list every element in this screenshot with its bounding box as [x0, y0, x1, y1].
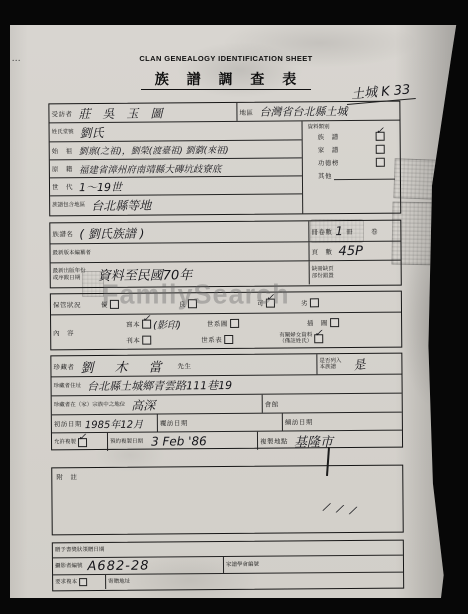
surname-value: 劉氏 [80, 123, 104, 140]
origin-value: 福建省漳州府南靖縣大磚坑歧寮底 [79, 161, 222, 176]
genealogy-title-value: ( 劉氏族譜 ) [79, 224, 144, 242]
field-hall: 會館 [262, 394, 402, 413]
notes-pen-marks: ⁄ ⁄ ⁄ [325, 501, 359, 518]
copy-request-label: 要求複本 [55, 579, 77, 585]
category-jiapu: 家 譜 [303, 143, 400, 157]
region-value: 台灣省台北縣土城 [259, 103, 347, 120]
material-category-column: 資料類別 族 譜 ✓ 家 譜 功德榜 其他 [302, 121, 401, 214]
society-label: 家譜學會編號 [226, 562, 259, 569]
first-visit-value: 1985年12月 [85, 416, 143, 431]
field-surname: 姓氏堂號 劉氏 [50, 121, 302, 141]
holder-address-value: 台北縣土城鄉青雲路111巷19 [87, 377, 232, 394]
illustrations-checkbox [330, 318, 339, 327]
editor-label: 最新版本編纂者 [53, 250, 92, 257]
pages-value: 45P [338, 243, 363, 258]
item-lineage-chart: 世系圖 [207, 318, 241, 327]
field-genealogy-title: 族譜名 ( 劉氏族譜 ) [50, 221, 308, 243]
excellent-checkbox [110, 299, 119, 308]
award-date-label: 贈予書獎狀領贈日期 [55, 547, 105, 554]
pubdate-label-line2: 或序跋日期 [53, 275, 86, 282]
field-send-address: 寄贈地址 [105, 573, 403, 589]
field-holder-address: 珍藏者住址 台北縣土城鄉青雲路111巷19 [52, 374, 402, 396]
holder-position-value: 高深 [131, 396, 155, 413]
gongdebang-label: 功德榜 [318, 158, 339, 167]
coverage-value: 台北縣等地 [91, 196, 151, 213]
manuscript-note: (影印) [153, 316, 181, 331]
holder-label: 珍藏者 [53, 362, 74, 371]
pubdate-label-line1: 最新出版年份 [53, 268, 86, 275]
corner-marks: … [12, 54, 22, 64]
lineage-chart-checkbox [230, 318, 239, 327]
item-women-data: 有關婦女資料 （僅註姓氏） ✓ [279, 332, 325, 345]
field-copy-request: 要求複本 [53, 575, 105, 589]
holder-position-label: 珍藏者在（家）宗族中之地位 [54, 402, 126, 409]
faint-stamp-icon [391, 202, 442, 266]
option-fair: 可 ✓ [257, 298, 277, 307]
copy-permit-checkbox: ✓ [78, 438, 87, 447]
page-code-handwritten: 土城 K 33 [345, 78, 416, 105]
pubdate-value: 資料至民國70年 [98, 264, 193, 284]
category-other: 其他 [303, 169, 400, 183]
faint-stamp-icon [393, 158, 440, 200]
section-admin-footer: 贈予書獎狀領贈日期 攝影者編號 A682-28 家譜學會編號 要求複本 寄贈地 [52, 540, 404, 592]
listed-value: 是 [352, 355, 366, 374]
field-holder-position: 珍藏者在（家）宗族中之地位 高深 [52, 395, 262, 415]
gongdebang-checkbox [376, 158, 385, 167]
field-revisit: 覆訪日期 [157, 414, 282, 432]
zupu-checkbox: ✓ [376, 132, 385, 141]
section-notes: 附 註 ⁄ ⁄ ⁄ [51, 465, 404, 536]
lineage-table-checkbox [224, 334, 233, 343]
survey-form: 受訪者 莊 吳 玉 圖 地區 台灣省台北縣土城 姓氏堂號 劉氏 [48, 24, 404, 600]
field-editor: 最新版本編纂者 [50, 242, 308, 262]
copy-request-checkbox [79, 578, 87, 586]
send-address-label: 寄贈地址 [108, 579, 130, 585]
hall-label: 會館 [265, 399, 279, 408]
section-condition-content: 保管狀況 優 良 可 ✓ 劣 [50, 291, 402, 351]
blank-line [334, 171, 395, 179]
field-photographer-number: 攝影者編號 A682-28 [53, 557, 223, 574]
manuscript-checkbox: ✓ [142, 319, 151, 328]
women-data-checkbox: ✓ [314, 334, 323, 343]
field-region: 地區 台灣省台北縣土城 [236, 102, 399, 121]
field-next-visit: 續訪日期 [282, 413, 402, 431]
faint-stamp-icon [82, 271, 104, 297]
field-holder: 珍藏者 劉 木 當 先生 [51, 354, 316, 376]
photographer-label: 攝影者編號 [55, 563, 83, 570]
field-copy-permit: 允許複製 ✓ [52, 433, 107, 451]
copy-date-label: 預約複製日期 [110, 438, 143, 445]
option-good: 良 [179, 299, 199, 308]
jiapu-checkbox [376, 145, 385, 154]
printed-checkbox [142, 335, 151, 344]
origin-label: 原 籍 [52, 164, 73, 173]
missing-label-line2: 部份錯置 [312, 273, 334, 279]
photographer-value: A682-28 [87, 558, 149, 573]
option-poor: 劣 [301, 298, 321, 307]
field-missing-pages: 缺冊缺頁 部份錯置 [309, 261, 401, 285]
field-interviewee: 受訪者 莊 吳 玉 圖 [49, 103, 236, 122]
item-manuscript: 寫本 ✓ (影印) [126, 316, 181, 331]
jiapu-label: 家 譜 [318, 145, 339, 154]
field-society-number: 家譜學會編號 [223, 556, 403, 573]
missing-label-line1: 缺冊缺頁 [312, 266, 334, 272]
holder-suffix: 先生 [177, 361, 191, 370]
first-ancestor-label: 始 祖 [52, 146, 73, 155]
copy-date-value: 3 Feb '86 [151, 434, 207, 448]
section-holder-info: 珍藏者 劉 木 當 先生 是否列入 本族譜 是 珍藏者住址 [50, 353, 403, 451]
region-label: 地區 [239, 107, 253, 116]
field-coverage: 族譜包含地區 台北縣等地 [50, 193, 302, 214]
category-gongdebang: 功德榜 [303, 156, 400, 170]
generations-label: 世 代 [52, 182, 73, 191]
zupu-label: 族 譜 [318, 132, 339, 141]
interviewee-label: 受訪者 [51, 109, 72, 118]
surname-label: 姓氏堂號 [52, 129, 74, 135]
genealogy-title-label: 族譜名 [52, 229, 73, 238]
field-copy-date: 預約複製日期 3 Feb '86 [107, 432, 257, 451]
copy-place-label: 複製地點 [260, 436, 288, 445]
field-generations: 世 代 1～19世 [50, 175, 302, 195]
generations-value: 1～19世 [79, 178, 122, 194]
field-content-types: 內 容 寫本 ✓ (影印) 世系圖 插 圖 [51, 312, 401, 350]
category-zupu: 族 譜 ✓ [303, 130, 400, 144]
field-award-date: 贈予書獎狀領贈日期 [53, 541, 403, 558]
fair-checkbox: ✓ [266, 298, 275, 307]
condition-label: 保管狀況 [53, 300, 81, 309]
holder-address-label: 珍藏者住址 [54, 383, 82, 390]
field-first-visit: 初訪日期 1985年12月 [52, 415, 157, 433]
scanned-page: … CLAN GENEALOGY IDENTIFICATION SHEET 族 … [10, 25, 458, 598]
content-label: 內 容 [53, 328, 74, 337]
first-ancestor-value: 劉禀(之祖)，劉榮(渡臺祖) 劉藭(來祖) [79, 143, 229, 157]
interviewee-value: 莊 吳 玉 圖 [78, 104, 162, 122]
good-checkbox [188, 299, 197, 308]
check-mark: ✓ [376, 126, 384, 137]
next-visit-label: 續訪日期 [285, 417, 313, 426]
item-printed: 刊本 [126, 335, 153, 344]
field-pages: 頁 數 45P [308, 242, 400, 261]
coverage-label: 族譜包含地區 [52, 202, 85, 209]
holder-name: 劉 木 當 [80, 356, 165, 376]
poor-checkbox [310, 298, 319, 307]
pages-label: 頁 數 [311, 247, 332, 256]
unit-juan-label: 卷 [371, 226, 378, 235]
field-first-ancestor: 始 祖 劉禀(之祖)，劉榮(渡臺祖) 劉藭(來祖) [50, 139, 302, 159]
copy-permit-label: 允許複製 [54, 439, 76, 445]
section-lineage-info: 受訪者 莊 吳 玉 圖 地區 台灣省台北縣土城 姓氏堂號 劉氏 [48, 101, 401, 217]
item-lineage-table: 世系表 [201, 334, 235, 343]
women-data-note: （僅註姓氏） [279, 338, 312, 345]
other-label: 其他 [318, 171, 332, 180]
field-origin: 原 籍 福建省漳州府南靖縣大磚坑歧寮底 [50, 157, 302, 177]
item-illustrations: 插 圖 [307, 318, 341, 327]
revisit-label: 覆訪日期 [160, 418, 188, 427]
first-visit-label: 初訪日期 [54, 419, 82, 428]
option-excellent: 優 [101, 299, 121, 308]
faint-stamp-icon [310, 219, 364, 243]
field-listed-in-genealogy: 是否列入 本族譜 是 [316, 354, 401, 375]
notes-label: 附 註 [52, 466, 402, 482]
